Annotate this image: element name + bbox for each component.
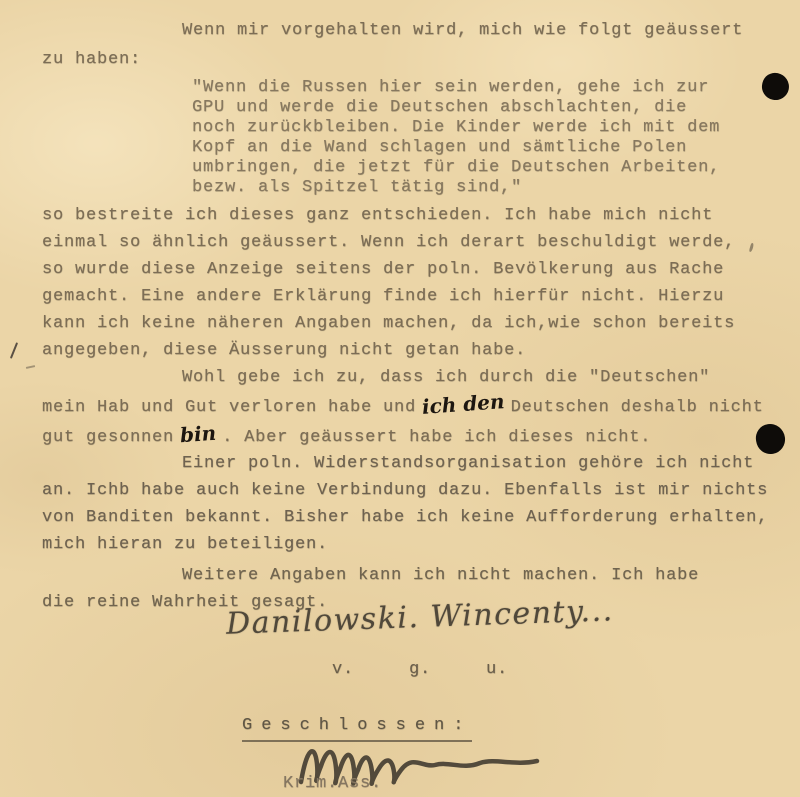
margin-slash-mark: [10, 342, 18, 359]
stray-ink-mark: [749, 243, 754, 252]
text-line: Wohl gebe ich zu, dass ich durch die "De…: [182, 364, 764, 391]
quote-line: umbringen, die jetzt für die Deutschen A…: [192, 158, 720, 178]
typed-fragment: mein Hab und Gut verloren habe und: [42, 398, 416, 417]
quote-line: GPU und werde die Deutschen abschlachten…: [192, 98, 720, 118]
text-line: angegeben, diese Äusserung nicht getan h…: [42, 337, 735, 364]
handwritten-insertion: bin: [179, 420, 217, 449]
text-line: einmal so ähnlich geäussert. Wenn ich de…: [42, 229, 735, 256]
typed-fragment: . Aber geäussert habe ich dieses nicht.: [222, 428, 651, 447]
paragraph-admission: Wohl gebe ich zu, dass ich durch die "De…: [42, 364, 764, 451]
margin-dash-mark: [26, 365, 35, 369]
quotation-block: "Wenn die Russen hier sein werden, gehe …: [192, 78, 720, 198]
vgu-abbreviation: v.g.u.: [332, 660, 508, 679]
paragraph-intro: Wenn mir vorgehalten wird, mich wie folg…: [42, 16, 743, 74]
text-line: so wurde diese Anzeige seitens der poln.…: [42, 256, 735, 283]
handwritten-insertion: ich den: [421, 388, 505, 421]
text-line: mich hieran zu beteiligen.: [42, 531, 768, 558]
text-line-with-correction: gut gesonnenbin. Aber geäussert habe ich…: [42, 421, 764, 451]
quote-line: bezw. als Spitzel tätig sind,": [192, 178, 720, 198]
document-page: Wenn mir vorgehalten wird, mich wie folg…: [0, 0, 800, 797]
quote-line: "Wenn die Russen hier sein werden, gehe …: [192, 78, 720, 98]
ink-blot-top: [759, 70, 791, 102]
vgu-v: v.: [332, 660, 354, 679]
quote-line: Kopf an die Wand schlagen und sämtliche …: [192, 138, 720, 158]
paragraph-denial: so bestreite ich dieses ganz entschieden…: [42, 202, 735, 364]
typed-fragment: gut gesonnen: [42, 428, 174, 447]
text-line: zu haben:: [42, 45, 743, 74]
text-line: Wenn mir vorgehalten wird, mich wie folg…: [182, 16, 743, 45]
text-line: gemacht. Eine andere Erklärung finde ich…: [42, 283, 735, 310]
text-line: Einer poln. Widerstandsorganisation gehö…: [182, 450, 768, 477]
text-line: kann ich keine näheren Angaben machen, d…: [42, 310, 735, 337]
text-line: von Banditen bekannt. Bisher habe ich ke…: [42, 504, 768, 531]
vgu-g: g.: [409, 660, 431, 679]
paragraph-organisation: Einer poln. Widerstandsorganisation gehö…: [42, 450, 768, 558]
text-line: Weitere Angaben kann ich nicht machen. I…: [182, 562, 699, 589]
krim-ass-label: Krim.Ass.: [283, 774, 382, 793]
vgu-u: u.: [486, 660, 508, 679]
text-line-with-correction: mein Hab und Gut verloren habe undich de…: [42, 391, 764, 421]
quote-line: noch zurückbleiben. Die Kinder werde ich…: [192, 118, 720, 138]
text-line: so bestreite ich dieses ganz entschieden…: [42, 202, 735, 229]
typed-fragment: Deutschen deshalb nicht: [511, 398, 764, 417]
text-line: an. Ichb habe auch keine Verbindung dazu…: [42, 477, 768, 504]
